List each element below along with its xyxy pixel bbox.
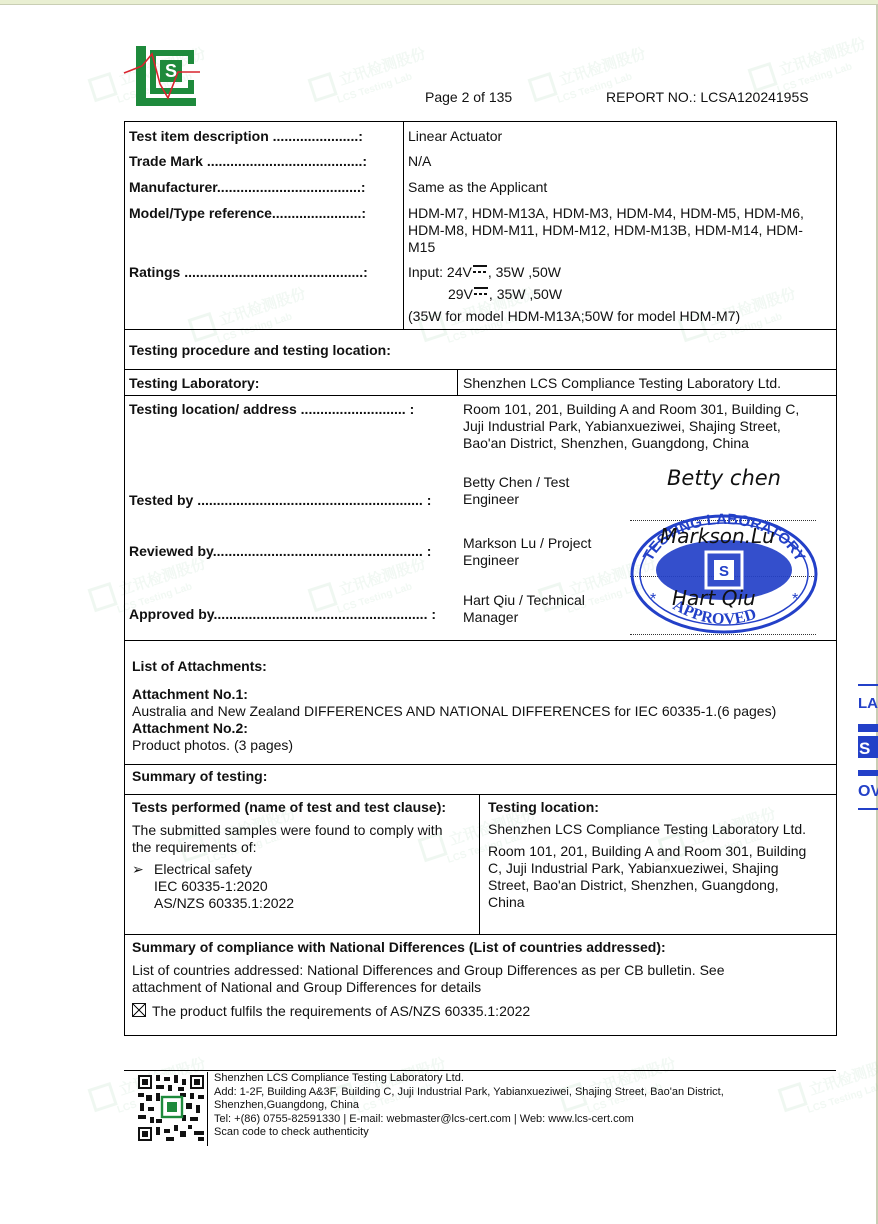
label-reviewed-by: Reviewed by.............................… xyxy=(129,543,431,560)
value-reviewed-by: Markson Lu / Project Engineer xyxy=(463,535,591,569)
dc-symbol-icon xyxy=(473,265,487,274)
svg-text:LA: LA xyxy=(858,695,878,712)
signature-reviewed-by: Markson.Lu xyxy=(660,524,775,548)
footer-scan-note: Scan code to check authenticity xyxy=(214,1126,724,1140)
value-ratings: Input: 24V, 35W ,50W 29V, 35W ,50W (35W … xyxy=(408,264,740,325)
footer-divider xyxy=(207,1072,208,1146)
attachment-1-title: Attachment No.1: xyxy=(132,686,248,703)
signature-tested-by: Betty chen xyxy=(667,466,781,490)
signature-line xyxy=(630,634,816,635)
national-fulfils-row: The product fulfils the requirements of … xyxy=(132,1002,530,1020)
value-tested-by: Betty Chen / Test Engineer xyxy=(463,474,569,508)
value-test-item: Linear Actuator xyxy=(408,128,502,145)
testing-location-lab: Shenzhen LCS Compliance Testing Laborato… xyxy=(488,821,806,838)
viewer-top-bar xyxy=(0,0,878,5)
value-testing-laboratory: Shenzhen LCS Compliance Testing Laborato… xyxy=(463,375,781,392)
procedure-heading: Testing procedure and testing location: xyxy=(129,342,391,359)
label-manufacturer: Manufacturer............................… xyxy=(129,179,366,196)
tests-performed-heading: Tests performed (name of test and test c… xyxy=(132,799,446,816)
national-differences-text: List of countries addressed: National Di… xyxy=(132,962,724,996)
svg-text:OV: OV xyxy=(858,783,878,800)
testing-location-heading: Testing location: xyxy=(488,799,599,816)
label-approved-by: Approved by.............................… xyxy=(129,606,436,623)
label-test-item: Test item description ..................… xyxy=(129,128,363,145)
attachment-2-desc: Product photos. (3 pages) xyxy=(132,737,293,754)
dc-symbol-icon xyxy=(474,287,488,296)
value-model: HDM-M7, HDM-M13A, HDM-M3, HDM-M4, HDM-M5… xyxy=(408,205,804,256)
signature-approved-by: Hart Qiu xyxy=(672,586,756,610)
national-differences-heading: Summary of compliance with National Diff… xyxy=(132,939,666,956)
summary-heading: Summary of testing: xyxy=(132,768,267,785)
svg-text:S: S xyxy=(719,563,729,580)
svg-text:*: * xyxy=(792,591,798,608)
tests-performed-list: ➢Electrical safety IEC 60335-1:2020 AS/N… xyxy=(132,861,294,912)
label-testing-laboratory: Testing Laboratory: xyxy=(129,375,259,392)
svg-text:S: S xyxy=(859,739,870,758)
attachments-heading: List of Attachments: xyxy=(132,658,267,675)
label-ratings: Ratings ................................… xyxy=(129,264,368,281)
label-testing-address: Testing location/ address ..............… xyxy=(129,401,414,418)
footer-address: Add: 1-2F, Building A&3F, Building C, Ju… xyxy=(214,1086,724,1100)
attachment-2-title: Attachment No.2: xyxy=(132,720,248,737)
label-trade-mark: Trade Mark .............................… xyxy=(129,153,367,170)
label-model: Model/Type reference....................… xyxy=(129,205,366,222)
qr-code[interactable] xyxy=(137,1075,205,1141)
footer-address-city: Shenzhen,Guangdong, China xyxy=(214,1099,724,1113)
footer-rule xyxy=(124,1070,836,1071)
checkbox-checked-icon[interactable] xyxy=(132,1003,146,1017)
value-trade-mark: N/A xyxy=(408,153,431,170)
label-tested-by: Tested by ..............................… xyxy=(129,492,431,509)
report-number: REPORT NO.: LCSA12024195S xyxy=(606,89,809,105)
svg-text:*: * xyxy=(650,591,656,608)
value-testing-address: Room 101, 201, Building A and Room 301, … xyxy=(463,401,799,452)
value-manufacturer: Same as the Applicant xyxy=(408,179,547,196)
edge-stamp-fragment: LA S OV xyxy=(856,684,878,814)
value-approved-by: Hart Qiu / Technical Manager xyxy=(463,592,585,626)
footer-contact: Shenzhen LCS Compliance Testing Laborato… xyxy=(214,1072,724,1140)
lcs-logo: S xyxy=(122,40,202,106)
testing-location-address: Room 101, 201, Building A and Room 301, … xyxy=(488,843,806,911)
footer-company: Shenzhen LCS Compliance Testing Laborato… xyxy=(214,1072,724,1086)
footer-tel-email-web: Tel: +(86) 0755-82591330 | E-mail: webma… xyxy=(214,1113,724,1127)
tests-performed-text: The submitted samples were found to comp… xyxy=(132,822,442,856)
page-number: Page 2 of 135 xyxy=(425,89,512,105)
attachment-1-desc: Australia and New Zealand DIFFERENCES AN… xyxy=(132,703,776,720)
bullet-arrow-icon: ➢ xyxy=(132,861,154,878)
